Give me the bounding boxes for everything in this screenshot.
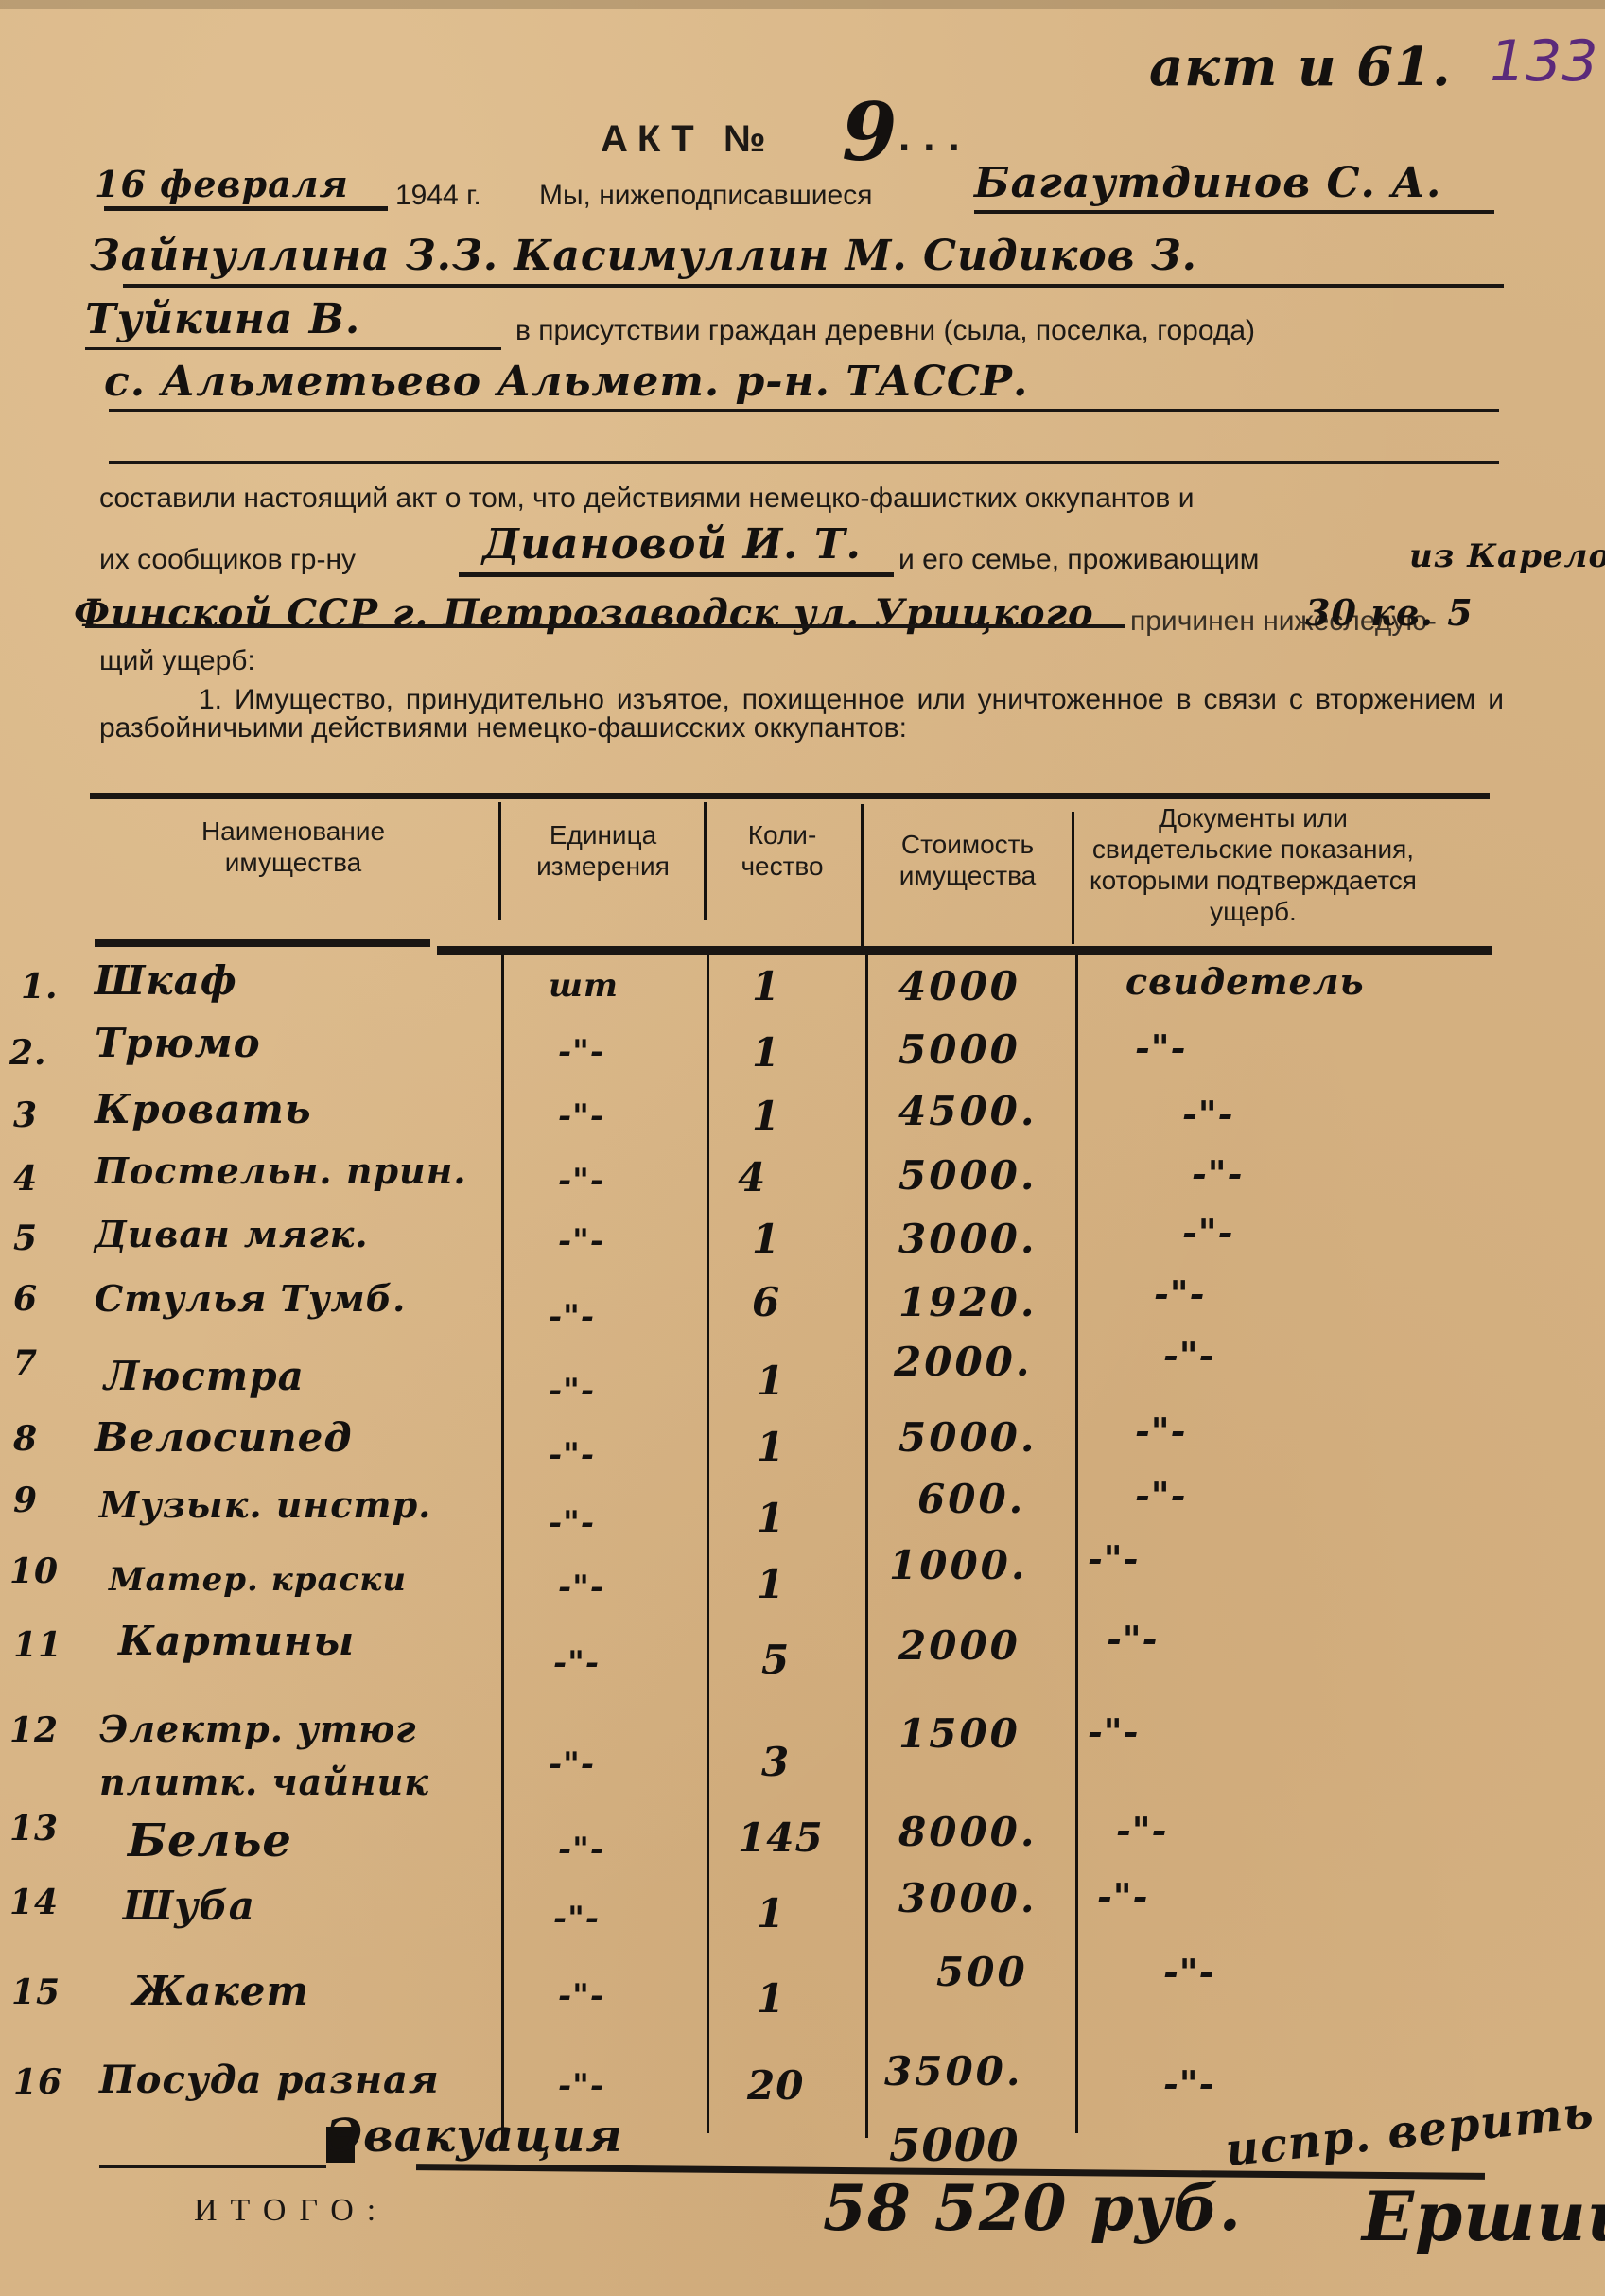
signatories-underline-3: [85, 347, 501, 350]
item-quantity: 1: [752, 963, 780, 1009]
item-unit: шт: [549, 967, 619, 1005]
item-cost: 1000.: [889, 1542, 1028, 1588]
item-cost: 5000: [898, 1026, 1021, 1073]
row-number: 5: [13, 1218, 38, 1258]
item-document: -"-: [1088, 1710, 1139, 1753]
row-number: 3: [13, 1095, 38, 1135]
document-title: АКТ №: [601, 118, 775, 161]
undersigned-label: Мы, нижеподписавшиеся: [539, 180, 872, 212]
item-cost: 8000.: [898, 1809, 1038, 1855]
house-number: 30 кв. 5: [1305, 591, 1474, 634]
item-name: Трюмо: [95, 1020, 261, 1066]
row-number: 1.: [21, 967, 59, 1007]
item-quantity: 1: [757, 1424, 785, 1470]
date-handwritten: 16 февраля: [95, 163, 349, 205]
archive-page-number: 133: [1490, 28, 1598, 95]
item-name: Постельн. прин.: [95, 1149, 467, 1192]
blank-line-underline: [109, 461, 1499, 464]
item-unit: -"-: [558, 1033, 604, 1071]
total-value: 58 520 руб.: [823, 2171, 1242, 2245]
item-unit: -"-: [558, 1831, 604, 1868]
column-divider-4: [1075, 955, 1078, 2133]
location-handwritten: с. Альметьево Альмет. р-н. ТАССР.: [104, 358, 1028, 406]
item-cost: 4000: [898, 963, 1021, 1009]
row-number: 13: [9, 1809, 59, 1849]
item-cost: 4500.: [898, 1088, 1038, 1134]
row-number: 6: [13, 1279, 38, 1319]
item-name: Картины: [118, 1618, 355, 1664]
item-document: -"-: [1163, 1334, 1214, 1376]
item-unit: -"-: [549, 1372, 595, 1410]
signatories-underline-2: [123, 284, 1504, 288]
row-number: 7: [13, 1343, 38, 1383]
year-printed: 1944 г.: [395, 180, 481, 212]
archive-reference: акт и 61.: [1149, 36, 1452, 98]
item-document: -"-: [1182, 1093, 1233, 1135]
evacuation-label: Эвакуация: [326, 2110, 623, 2163]
item-name: Шуба: [123, 1883, 255, 1929]
header-divider-1: [498, 802, 501, 920]
item-cost: 3000.: [898, 1216, 1038, 1262]
column-divider-1: [501, 955, 504, 2147]
item-cost: 5000.: [898, 1414, 1038, 1461]
item-name: Белье: [128, 1814, 292, 1867]
item-document: -"-: [1097, 1875, 1148, 1918]
item-quantity: 1: [757, 1561, 785, 1607]
item-quantity: 6: [752, 1279, 780, 1325]
row-number: 10: [9, 1551, 59, 1591]
item-cost: 3000.: [898, 1875, 1038, 1921]
item-document: -"-: [1135, 1474, 1186, 1516]
item-quantity: 4: [738, 1154, 766, 1201]
item-unit: -"-: [549, 1504, 595, 1542]
row-number: 16: [13, 2062, 62, 2102]
item-cost: 2000: [898, 1622, 1021, 1669]
column-divider-2: [707, 955, 709, 2133]
item-unit: -"-: [549, 1298, 595, 1336]
item-name: Стулья Тумб.: [95, 1277, 406, 1320]
item-cost: 1920.: [898, 1279, 1038, 1325]
row-number: 2.: [9, 1033, 47, 1073]
victim-name: Диановой И. Т.: [482, 520, 862, 569]
location-underline: [109, 409, 1499, 412]
residence-start: из Карело-: [1409, 537, 1605, 575]
damage-label: щий ущерб:: [99, 645, 255, 677]
signatories-underline-1: [974, 210, 1494, 214]
item-document: свидетель: [1125, 960, 1365, 1003]
item-document: -"-: [1107, 1618, 1158, 1660]
item-unit: -"-: [553, 1900, 600, 1937]
item-unit: -"-: [558, 1977, 604, 2015]
signatories-line-3: Туйкина В.: [85, 295, 360, 343]
row-number: 8: [13, 1419, 38, 1459]
item-document: -"-: [1192, 1152, 1243, 1195]
total-rule-left: [99, 2165, 326, 2168]
header-bottom-border-right: [437, 946, 1492, 955]
item-document: -"-: [1163, 1951, 1214, 1993]
row-number: 4: [13, 1159, 38, 1199]
header-bottom-border-left: [95, 939, 430, 947]
column-header-documents: Документы или свидетельские показания, к…: [1078, 802, 1428, 927]
item-cost: 1500: [898, 1710, 1021, 1757]
row-number: 12: [9, 1710, 59, 1750]
column-header-unit: Единица измерения: [506, 819, 700, 882]
item-unit: -"-: [553, 1644, 600, 1682]
header-divider-4: [1072, 812, 1074, 944]
date-underline: [104, 206, 388, 211]
presence-label: в присутствии граждан деревни (сыла, пос…: [515, 315, 1255, 347]
item-unit: -"-: [558, 1162, 604, 1200]
row-number: 9: [13, 1481, 38, 1520]
signature: Ерший: [1362, 2176, 1605, 2256]
item-unit: -"-: [558, 1569, 604, 1606]
act-number: 9: [842, 85, 898, 179]
item-name: Шкаф: [95, 957, 237, 1004]
item-name: Посуда разная: [99, 2058, 440, 2102]
victim-underline: [459, 572, 894, 577]
page-top-edge: [0, 0, 1605, 9]
item-name: Диван мягк.: [95, 1213, 369, 1255]
item-name: Матер. краски: [109, 1561, 407, 1599]
item-quantity: 5: [761, 1637, 790, 1683]
correction-note: испр. верить: [1223, 2086, 1596, 2178]
item-quantity: 1: [757, 1890, 785, 1937]
item-document: -"-: [1088, 1537, 1139, 1580]
item-name: Жакет: [132, 1968, 309, 2014]
row-number: 11: [13, 1625, 62, 1665]
item-cost: 5000.: [898, 1152, 1038, 1199]
item-quantity: 1: [752, 1093, 780, 1139]
item-unit: -"-: [549, 1436, 595, 1474]
evacuation-cost: 5000: [889, 2119, 1020, 2172]
item-cost: 500: [936, 1949, 1028, 1995]
title-dots: ...: [898, 114, 973, 161]
table-top-border: [90, 793, 1490, 799]
item-name: Велосипед: [95, 1414, 353, 1461]
item-document: -"-: [1116, 1809, 1167, 1851]
signatories-line-1: Багаутдинов С. А.: [974, 159, 1441, 207]
item-unit: -"-: [558, 2067, 604, 2105]
header-divider-2: [704, 802, 707, 920]
item-cost: 2000.: [894, 1339, 1033, 1385]
header-divider-3: [861, 804, 864, 946]
signatories-line-2: Зайнуллина З.З. Касимуллин М. Сидиков З.: [90, 232, 1197, 280]
row-number: 14: [9, 1883, 59, 1922]
residence-handwritten: Финской ССР г. Петрозаводск ул. Урицкого: [74, 591, 1094, 636]
item-cost: 600.: [917, 1476, 1025, 1522]
column-header-cost: Стоимость имущества: [868, 829, 1067, 891]
item-document: -"-: [1135, 1410, 1186, 1452]
item-quantity: 1: [757, 1358, 785, 1404]
item-document: -"-: [1135, 1026, 1186, 1069]
item-quantity: 145: [738, 1814, 824, 1861]
item-quantity: 1: [752, 1029, 780, 1076]
item-quantity: 1: [757, 1495, 785, 1541]
column-header-quantity: Коли-чество: [711, 819, 853, 882]
item-quantity: 20: [747, 2062, 804, 2109]
family-label: и его семье, проживающим: [898, 544, 1259, 576]
item-document: -"-: [1154, 1272, 1205, 1315]
item-name: Музык. инстр.: [99, 1483, 431, 1526]
item-name: Кровать: [95, 1086, 312, 1132]
accomplices-label: их сообщиков гр-ну: [99, 544, 356, 576]
item-cost: 3500.: [884, 2048, 1023, 2094]
composed-line: составили настоящий акт о том, что дейст…: [99, 482, 1194, 515]
item-unit: -"-: [549, 1745, 595, 1783]
item-quantity: 3: [761, 1739, 790, 1785]
item-quantity: 1: [757, 1975, 785, 2022]
item-name: Люстра: [104, 1353, 305, 1399]
item-document: -"-: [1182, 1211, 1233, 1253]
item-unit: -"-: [558, 1097, 604, 1135]
section-1-text: 1. Имущество, принудительно изъятое, пох…: [99, 686, 1504, 743]
total-label: ИТОГО:: [194, 2193, 389, 2229]
item-document: -"-: [1163, 2062, 1214, 2105]
item-quantity: 1: [752, 1216, 780, 1262]
column-divider-3: [865, 955, 868, 2138]
item-name: Электр. утюг плитк. чайник: [99, 1703, 497, 1809]
column-header-name: Наименование имущества: [170, 815, 416, 878]
residence-underline: [85, 624, 1125, 628]
row-number: 15: [11, 1972, 61, 2012]
item-unit: -"-: [558, 1222, 604, 1260]
